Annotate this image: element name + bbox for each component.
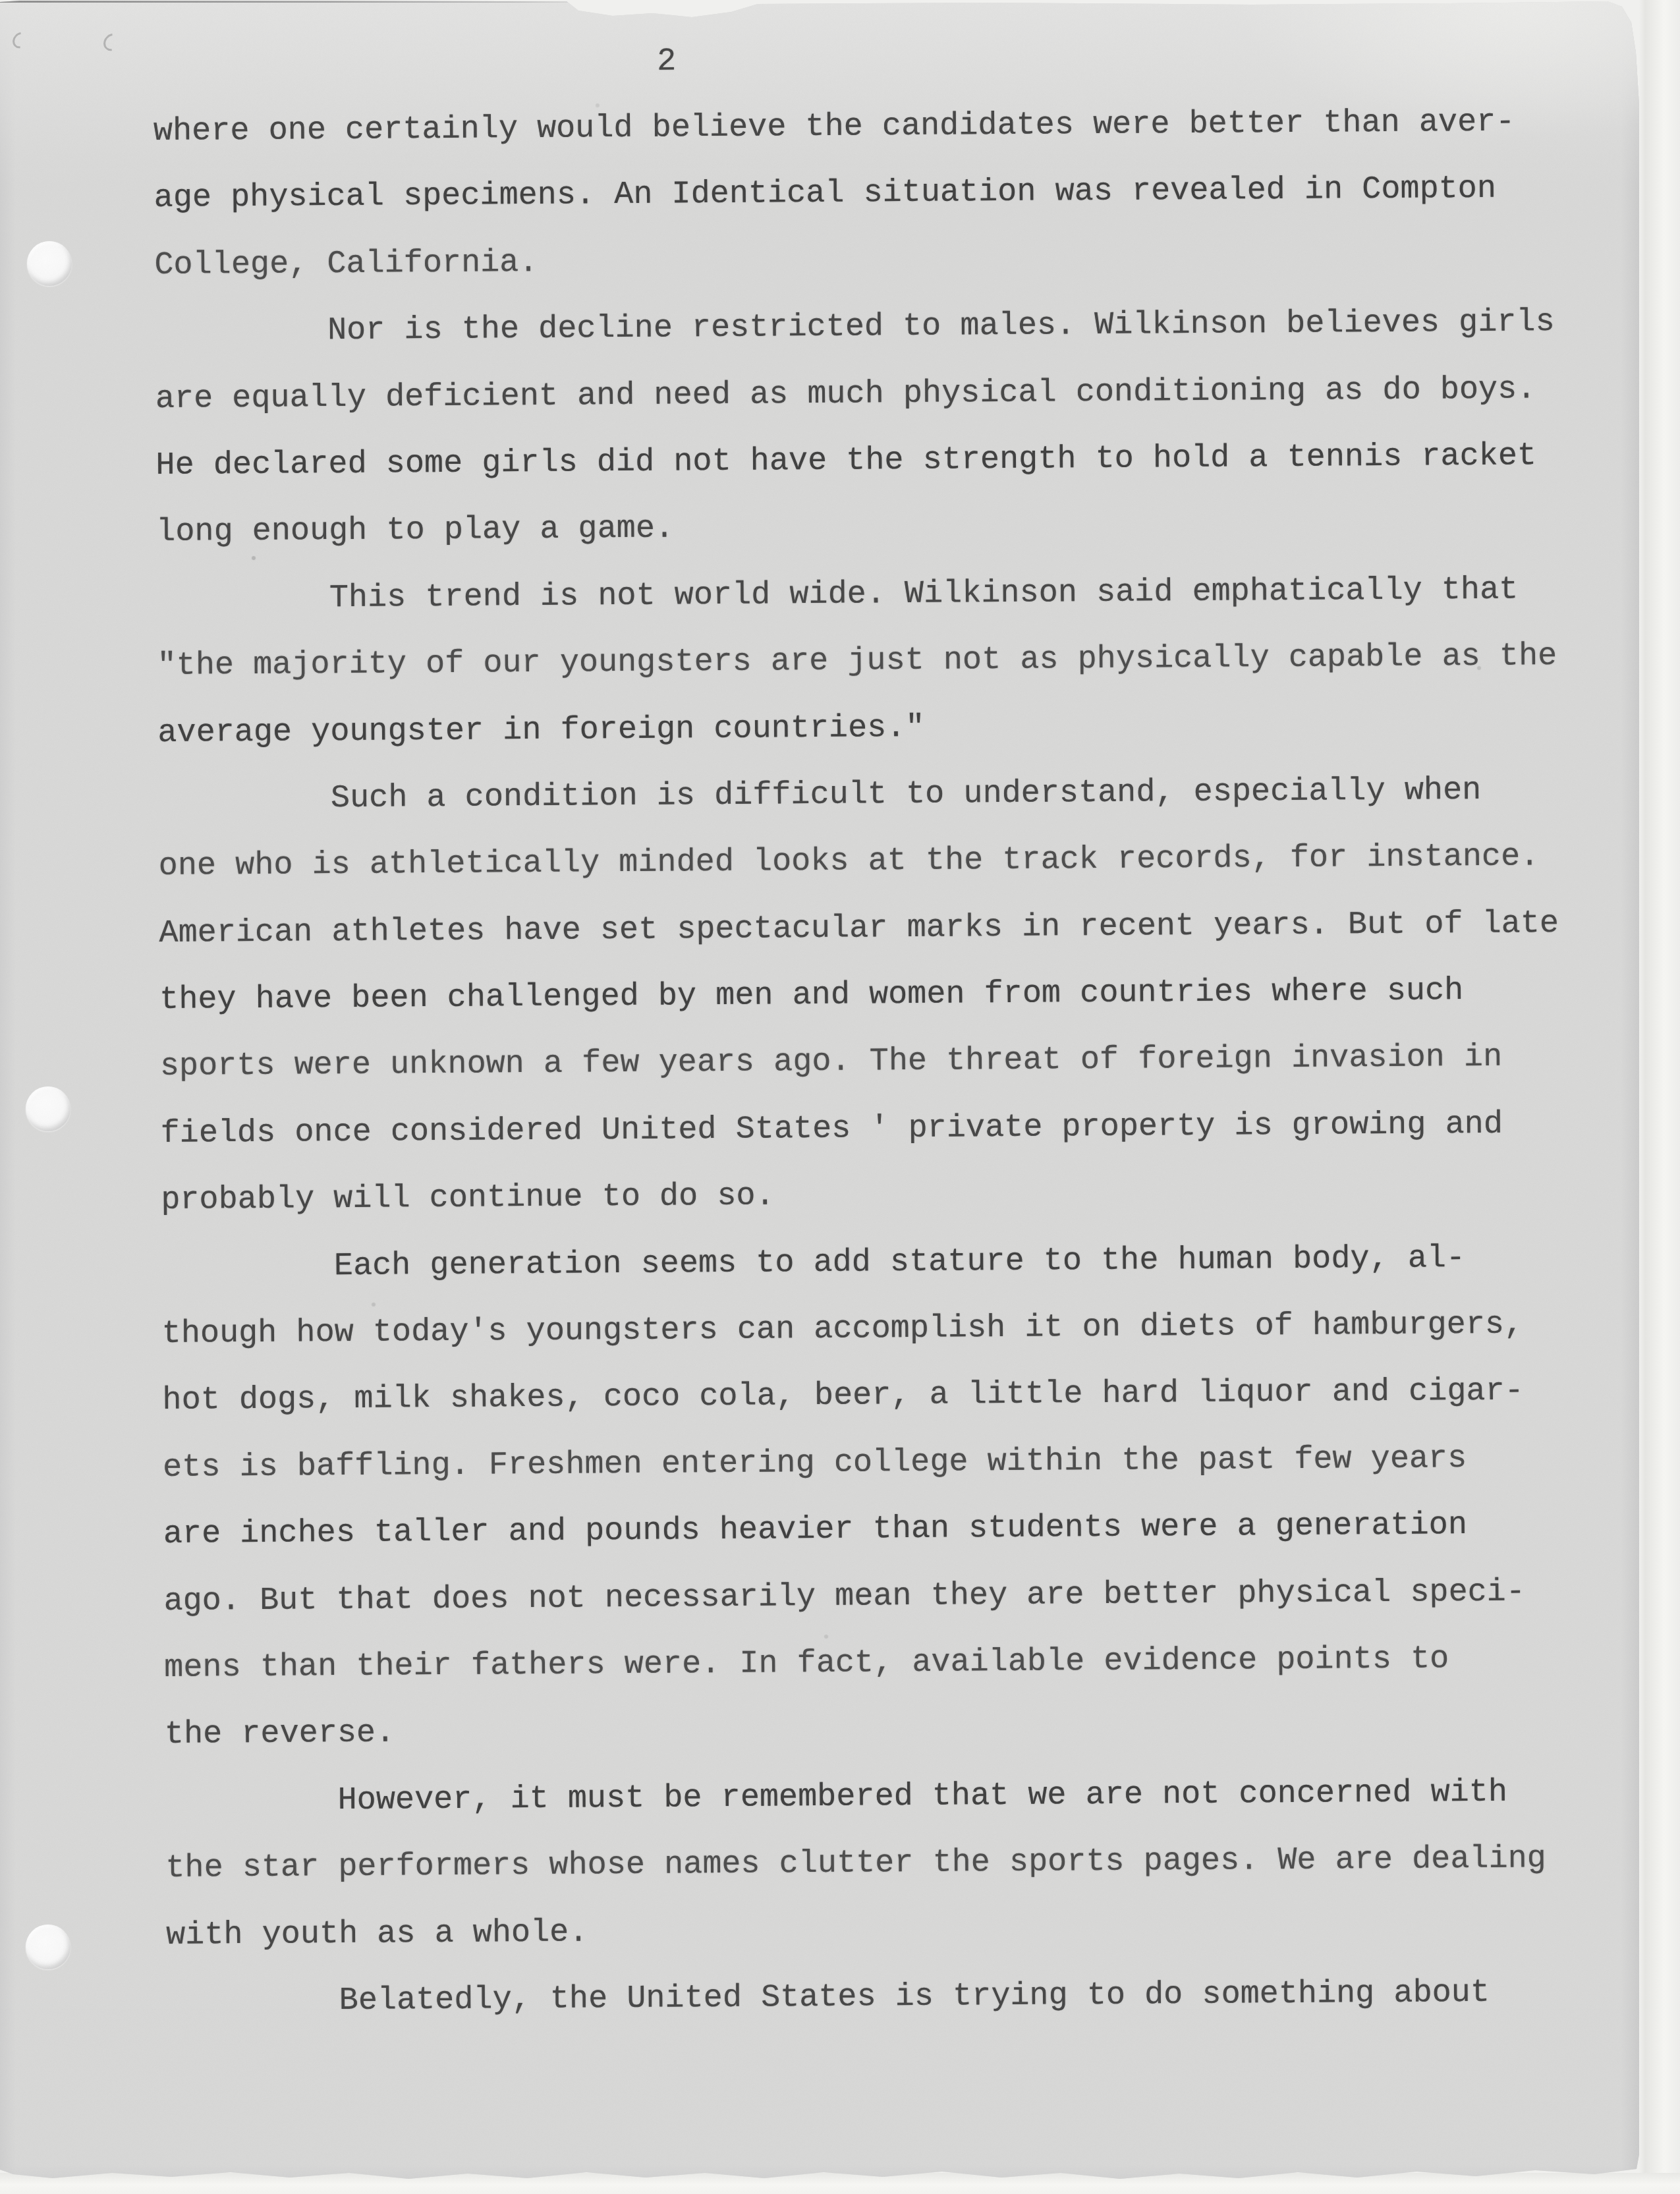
document-line: they have been challenged by men and wom… (159, 957, 1559, 1033)
document-line: though how today's youngsters can accomp… (161, 1291, 1561, 1367)
document-line: He declared some girls did not have the … (155, 422, 1555, 499)
document-line: College, California. (154, 222, 1554, 298)
paper-sheet: 2 where one certainly would believe the … (0, 0, 1639, 2182)
document-line: sports were unknown a few years ago. The… (160, 1024, 1560, 1100)
document-line: the reverse. (165, 1691, 1565, 1768)
document-line: with youth as a whole. (166, 1892, 1566, 1969)
scan-backing: { "colors": { "paper": "#d8d8d7", "ink":… (0, 0, 1680, 2194)
document-line: ago. But that does not necessarily mean … (163, 1558, 1563, 1635)
document-line: mens than their fathers were. In fact, a… (164, 1625, 1564, 1701)
document-line: "the majority of our youngsters are just… (157, 623, 1557, 699)
document-line: Belatedly, the United States is trying t… (166, 1959, 1566, 2035)
document-line: long enough to play a game. (156, 489, 1556, 565)
document-line: age physical specimens. An Identical sit… (154, 155, 1554, 232)
document-line: This trend is not world wide. Wilkinson … (157, 556, 1557, 633)
document-line: average youngster in foreign countries." (157, 690, 1557, 766)
page-number: 2 (657, 28, 677, 95)
document-line: probably will continue to do so. (161, 1157, 1561, 1233)
document-line: one who is athletically minded looks at … (158, 823, 1558, 899)
document-line: hot dogs, milk shakes, coco cola, beer, … (162, 1358, 1562, 1434)
document-line: American athletes have set spectacular m… (159, 890, 1559, 967)
scanner-backing-bottom (0, 2173, 1680, 2194)
document-body: where one certainly would believe the ca… (154, 88, 1567, 2035)
torn-top-edge-faint-line (758, 1, 1100, 3)
document-line: Each generation seems to add stature to … (161, 1224, 1561, 1301)
typewritten-text-block: 2 where one certainly would believe the … (0, 0, 1654, 2183)
document-line: are equally deficient and need as much p… (155, 356, 1555, 432)
document-line: fields once considered United States ' p… (160, 1090, 1560, 1167)
document-line: Such a condition is difficult to underst… (158, 756, 1558, 833)
document-line: ets is baffling. Freshmen entering colle… (163, 1424, 1563, 1501)
document-line: are inches taller and pounds heavier tha… (163, 1491, 1563, 1567)
document-line: the star performers whose names clutter … (165, 1825, 1565, 1901)
document-line: However, it must be remembered that we a… (165, 1758, 1565, 1835)
document-line: where one certainly would believe the ca… (154, 88, 1554, 165)
document-line: Nor is the decline restricted to males. … (155, 289, 1555, 365)
